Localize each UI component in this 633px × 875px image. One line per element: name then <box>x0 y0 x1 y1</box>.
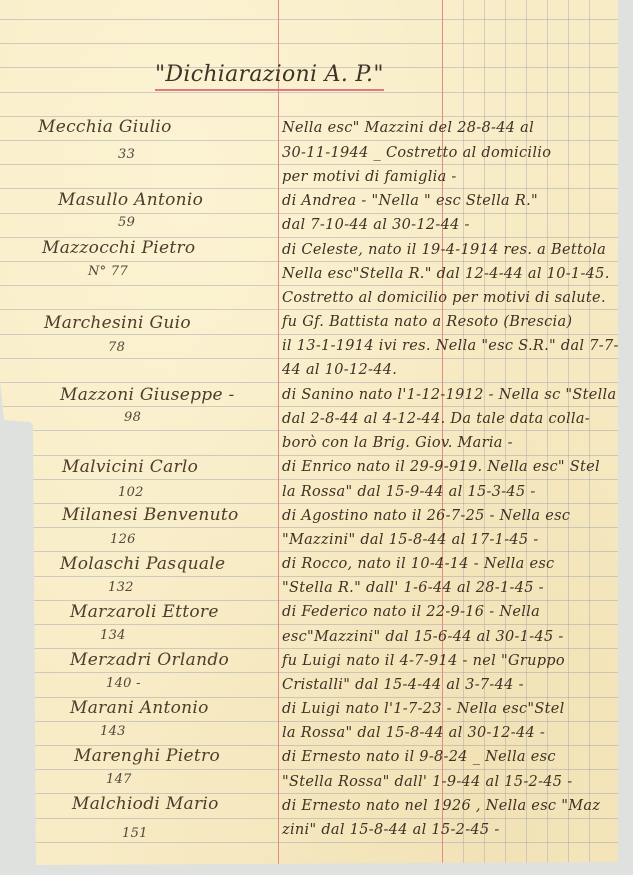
entry-number: 134 <box>100 628 126 643</box>
grid-column-line <box>589 0 590 865</box>
entry-number: 151 <box>122 826 148 841</box>
entry-text-line: di Enrico nato il 29-9-919. Nella esc" S… <box>282 459 600 475</box>
entry-text-line: la Rossa" dal 15-9-44 al 15-3-45 - <box>282 484 536 500</box>
entry-number: 98 <box>124 410 141 425</box>
entry-text-line: "Stella R." dall' 1-6-44 al 28-1-45 - <box>282 580 544 596</box>
entry-text-line: Nella esc" Mazzini del 28-8-44 al <box>282 120 534 136</box>
grid-column-line <box>568 0 569 865</box>
entry-name: Masullo Antonio <box>58 190 203 210</box>
entry-text-line: borò con la Brig. Giov. Maria - <box>282 435 513 451</box>
entry-name: Mazzocchi Pietro <box>42 238 195 258</box>
entry-text-line: dal 7-10-44 al 30-12-44 - <box>282 217 470 233</box>
ledger-page: "Dichiarazioni A. P." Mecchia Giulio 33 … <box>0 0 618 865</box>
entry-number: 126 <box>110 532 136 547</box>
entry-text-line: esc"Mazzini" dal 15-6-44 al 30-1-45 - <box>282 629 564 645</box>
entry-number: 59 <box>118 215 135 230</box>
entry-number: 140 - <box>106 676 141 691</box>
entry-text-line: zini" dal 15-8-44 al 15-2-45 - <box>282 822 500 838</box>
entry-number: 132 <box>108 580 134 595</box>
entry-text-line: di Andrea - "Nella " esc Stella R." <box>282 193 538 209</box>
entry-text-line: fu Luigi nato il 4-7-914 - nel "Gruppo <box>282 653 565 669</box>
entry-name: Marenghi Pietro <box>74 746 220 766</box>
entry-name: Mecchia Giulio <box>38 117 172 137</box>
entry-text-line: 44 al 10-12-44. <box>282 362 397 378</box>
entry-name: Marchesini Guio <box>44 313 191 333</box>
entry-text-line: Costretto al domicilio per motivi di sal… <box>282 290 606 306</box>
entry-text-line: dal 2-8-44 al 4-12-44. Da tale data coll… <box>282 411 590 427</box>
entry-text-line: fu Gf. Battista nato a Resoto (Brescia) <box>282 314 572 330</box>
entry-text-line: di Ernesto nato nel 1926 , Nella esc "Ma… <box>282 798 600 814</box>
entry-name: Malchiodi Mario <box>72 794 219 814</box>
entry-text-line: di Ernesto nato il 9-8-24 _ Nella esc <box>282 749 556 765</box>
entry-text-line: Nella esc"Stella R." dal 12-4-44 al 10-1… <box>282 266 610 282</box>
entry-name: Marzaroli Ettore <box>70 602 219 622</box>
entry-name: Marani Antonio <box>70 698 209 718</box>
entry-number: 102 <box>118 485 144 500</box>
entry-name: Milanesi Benvenuto <box>62 505 239 525</box>
page-title: "Dichiarazioni A. P." <box>155 62 384 91</box>
entry-number: 143 <box>100 724 126 739</box>
entry-text-line: per motivi di famiglia - <box>282 169 457 185</box>
entry-text-line: 30-11-1944 _ Costretto al domicilio <box>282 145 551 161</box>
entry-text-line: la Rossa" dal 15-8-44 al 30-12-44 - <box>282 725 545 741</box>
margin-line-left <box>278 0 279 865</box>
entry-text-line: di Sanino nato l'1-12-1912 - Nella sc "S… <box>282 387 633 403</box>
entry-text-line: Cristalli" dal 15-4-44 al 3-7-44 - <box>282 677 524 693</box>
entry-name: Merzadri Orlando <box>70 650 229 670</box>
entry-text-line: "Stella Rossa" dall' 1-9-44 al 15-2-45 - <box>282 774 572 790</box>
entry-number: 147 <box>106 772 132 787</box>
entry-text-line: "Mazzini" dal 15-8-44 al 17-1-45 - <box>282 532 539 548</box>
entry-text-line: di Agostino nato il 26-7-25 - Nella esc <box>282 508 570 524</box>
entry-number: 33 <box>118 147 135 162</box>
entry-number: N° 77 <box>88 264 128 279</box>
entry-name: Molaschi Pasquale <box>60 554 225 574</box>
grid-column-line <box>547 0 548 865</box>
entry-number: 78 <box>108 340 125 355</box>
entry-text-line: di Rocco, nato il 10-4-14 - Nella esc <box>282 556 554 572</box>
entry-name: Mazzoni Giuseppe - <box>60 385 235 405</box>
entry-text-line: di Celeste, nato il 19-4-1914 res. a Bet… <box>282 242 606 258</box>
entry-name: Malvicini Carlo <box>62 457 198 477</box>
entry-text-line: di Luigi nato l'1-7-23 - Nella esc"Stel <box>282 701 565 717</box>
entry-text-line: di Federico nato il 22-9-16 - Nella <box>282 604 540 620</box>
entry-text-line: il 13-1-1914 ivi res. Nella "esc S.R." d… <box>282 338 619 354</box>
